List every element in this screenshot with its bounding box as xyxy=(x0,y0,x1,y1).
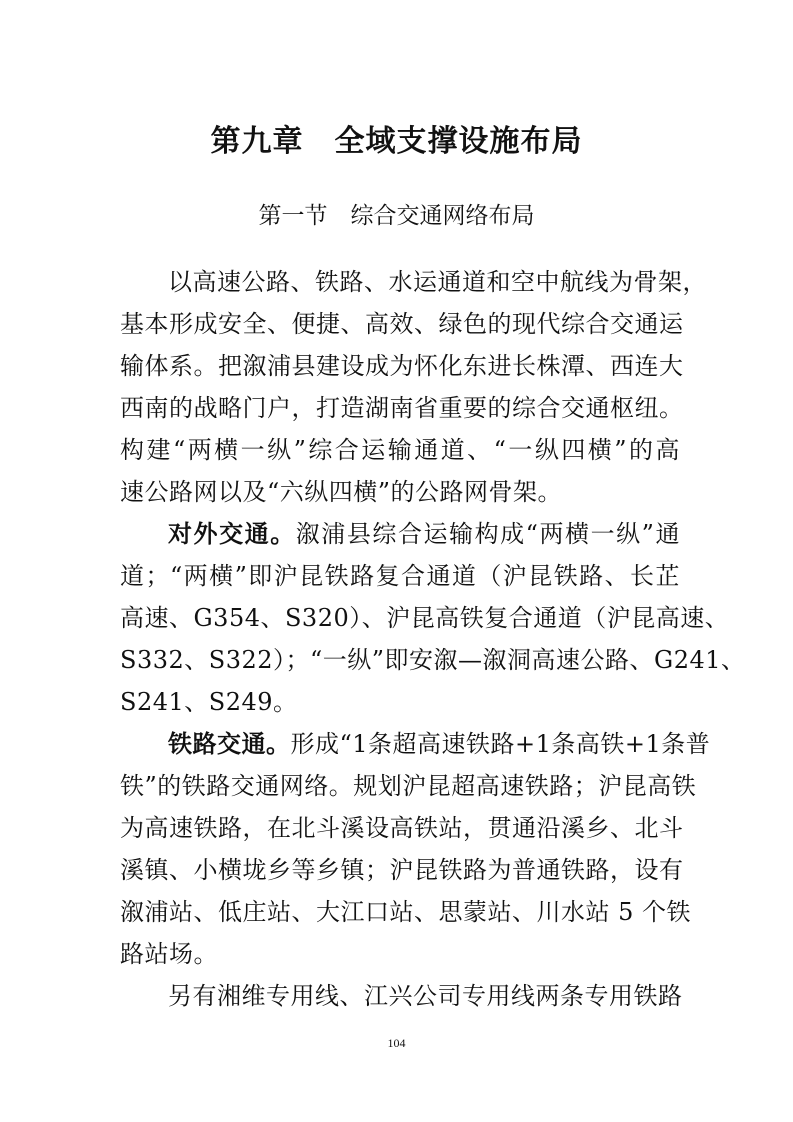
paragraph-line: 铁路交通。形成“1条超高速铁路+1条高铁+1条普 xyxy=(168,726,680,762)
chapter-title: 第九章 全域支撑设施布局 xyxy=(0,120,793,164)
paragraph-line: 构建“两横一纵”综合运输通道、“一纵四横”的高 xyxy=(120,432,680,468)
paragraph-line: 溆浦站、低庄站、大江口站、思蒙站、川水站 5 个铁 xyxy=(120,894,680,930)
page-number: 104 xyxy=(0,1036,793,1051)
paragraph-line: 高速、G354、S320）、沪昆高铁复合通道（沪昆高速、 xyxy=(120,600,680,636)
paragraph-line: 为高速铁路，在北斗溪设高铁站，贯通沿溪乡、北斗 xyxy=(120,810,680,846)
paragraph-lead-heading: 铁路交通。 xyxy=(168,729,291,758)
paragraph-line: 铁”的铁路交通网络。规划沪昆超高速铁路；沪昆高铁 xyxy=(120,768,680,804)
paragraph-text: 形成“1条超高速铁路+1条高铁+1条普 xyxy=(291,730,711,758)
paragraph-line: 基本形成安全、便捷、高效、绿色的现代综合交通运 xyxy=(120,306,680,342)
paragraph-text: 溆浦县综合运输构成“两横一纵”通 xyxy=(296,520,680,548)
paragraph-line: 路站场。 xyxy=(120,936,680,972)
paragraph-line: 西南的战略门户，打造湖南省重要的综合交通枢纽。 xyxy=(120,390,680,426)
paragraph-line: S241、S249。 xyxy=(120,684,680,720)
paragraph-line: 对外交通。溆浦县综合运输构成“两横一纵”通 xyxy=(168,516,680,552)
paragraph-lead-heading: 对外交通。 xyxy=(168,519,296,548)
paragraph-line: 道；“两横”即沪昆铁路复合通道（沪昆铁路、长芷 xyxy=(120,558,680,594)
section-title: 第一节 综合交通网络布局 xyxy=(0,199,793,233)
paragraph-line: 溪镇、小横垅乡等乡镇；沪昆铁路为普通铁路，设有 xyxy=(120,852,680,888)
paragraph-line: 输体系。把溆浦县建设成为怀化东进长株潭、西连大 xyxy=(120,348,680,384)
paragraph-line: 另有湘维专用线、江兴公司专用线两条专用铁路 xyxy=(168,978,680,1014)
paragraph-line: S332、S322）；“一纵”即安溆—溆洞高速公路、G241、 xyxy=(120,642,680,678)
paragraph-line: 速公路网以及“六纵四横”的公路网骨架。 xyxy=(120,474,680,510)
document-page: 第九章 全域支撑设施布局 第一节 综合交通网络布局 以高速公路、铁路、水运通道和… xyxy=(0,0,793,1122)
paragraph-line: 以高速公路、铁路、水运通道和空中航线为骨架， xyxy=(168,264,680,300)
